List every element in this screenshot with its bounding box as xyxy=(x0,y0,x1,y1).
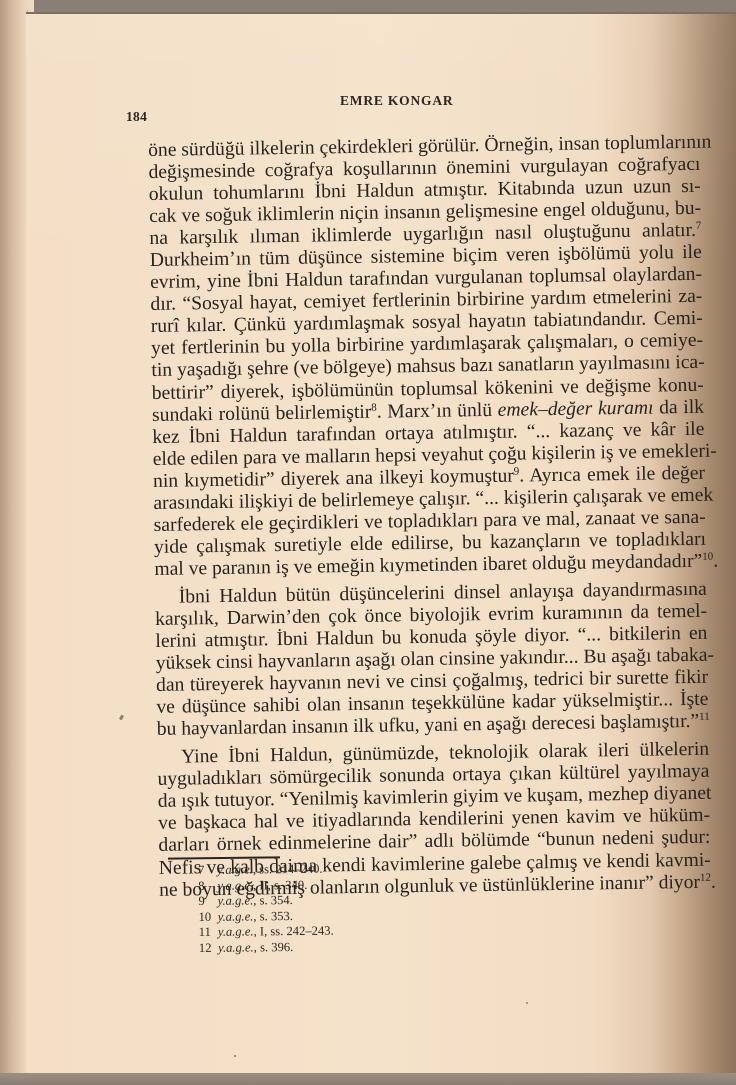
text-span: . xyxy=(711,871,716,892)
page-header: 184 EMRE KONGAR xyxy=(106,93,606,113)
footnote-ref-abbrev: y.a.g.e., xyxy=(218,924,257,938)
footnote-number: 10 xyxy=(198,909,214,925)
footnote-item: 12 y.a.g.e., s. 396. xyxy=(199,939,334,956)
scanner-bed-edge xyxy=(0,1073,736,1085)
footnote-ref-abbrev: y.a.g.e., xyxy=(217,878,256,892)
footnote-number: 7 xyxy=(198,863,214,879)
footnote-item: 7 y.a.g.e., ss. 214–240. xyxy=(198,862,333,879)
footnote-ref-abbrev: y.a.g.e., xyxy=(218,909,257,923)
running-head: EMRE KONGAR xyxy=(340,93,453,109)
footnote-location: II, s. 340. xyxy=(259,877,307,892)
footnote-ref-abbrev: y.a.g.e., xyxy=(218,940,257,954)
paper-speck xyxy=(526,1002,528,1004)
footnote-item: 11 y.a.g.e., I, ss. 242–243. xyxy=(199,924,334,941)
footnote-number: 12 xyxy=(199,940,215,956)
text-span: . xyxy=(713,550,718,571)
body-text: öne sürdüğü ilkelerin çekirdekleri görül… xyxy=(148,132,711,902)
paragraph-1: öne sürdüğü ilkelerin çekirdekleri görül… xyxy=(148,132,706,581)
footnote-ref-abbrev: y.a.g.e., xyxy=(217,862,256,876)
footnote-number: 8 xyxy=(198,878,214,894)
footnote-ref[interactable]: 10 xyxy=(702,551,713,563)
text-span: . Marx’ın ünlü xyxy=(377,399,498,422)
footnote-item: 9 y.a.g.e., s. 354. xyxy=(198,893,333,910)
footnote-item: 10 y.a.g.e., s. 353. xyxy=(198,908,333,925)
footnote-location: I, ss. 242–243. xyxy=(260,924,334,939)
footnote-number: 9 xyxy=(198,894,214,910)
footnote-ref[interactable]: 11 xyxy=(699,711,710,723)
footnote-location: s. 353. xyxy=(260,909,293,923)
footnote-number: 11 xyxy=(199,925,215,941)
footnote-item: 8 y.a.g.e., II, s. 340. xyxy=(198,877,333,894)
footnote-location: s. 354. xyxy=(259,893,292,907)
footnote-ref[interactable]: 7 xyxy=(696,220,702,232)
footnotes: 7 y.a.g.e., ss. 214–240. 8 y.a.g.e., II,… xyxy=(198,862,334,956)
text-span: sundaki rolünü belirlemiştir xyxy=(152,401,372,425)
footnote-location: ss. 214–240. xyxy=(259,862,322,877)
italic-term: emek–değer kuramı xyxy=(498,397,654,420)
footnote-location: s. 396. xyxy=(260,940,293,954)
paper-speck xyxy=(234,1055,236,1057)
paragraph-2: İbni Haldun bütün düşüncelerini dinsel a… xyxy=(155,579,709,741)
text-span: da ilk xyxy=(653,396,704,418)
footnote-ref-abbrev: y.a.g.e., xyxy=(217,893,256,907)
text-span: . Ayrıca emek ile değer xyxy=(519,462,705,486)
page-number: 184 xyxy=(126,109,147,125)
footnote-ref[interactable]: 12 xyxy=(700,871,711,883)
